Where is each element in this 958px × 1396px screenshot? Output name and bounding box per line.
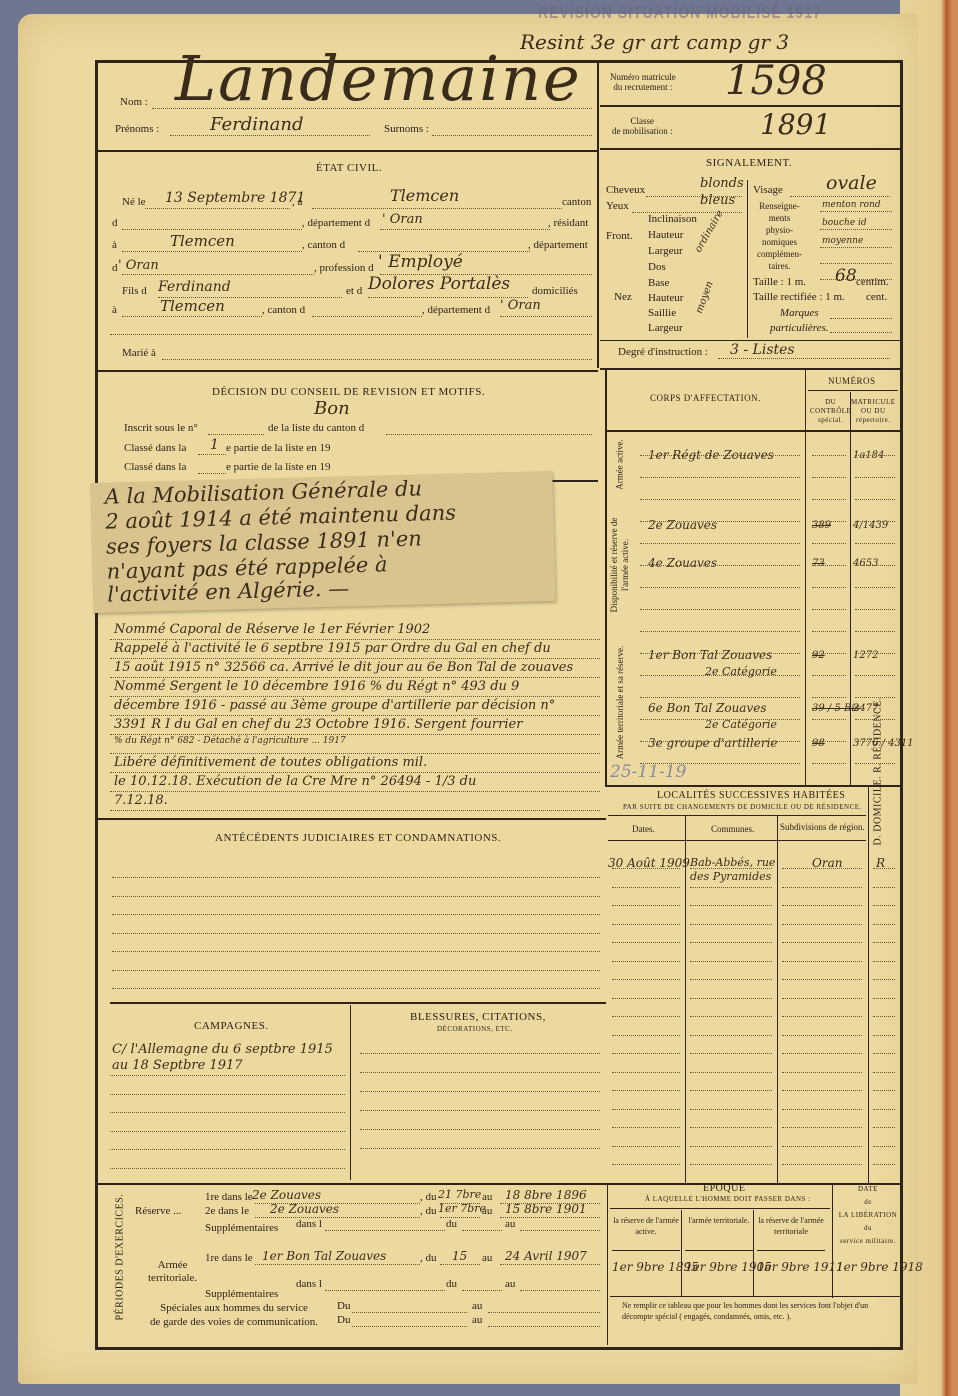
prenoms-value: Ferdinand [210, 114, 303, 135]
margin-date: 25-11-19 [610, 762, 686, 782]
campagnes-title: CAMPAGNES. [194, 1020, 269, 1032]
numeros-title: NUMÉROS [828, 376, 876, 386]
affectation-corps: 1er Bon Tal Zouaves [648, 648, 772, 662]
affectation-matricule: 1272 [853, 650, 878, 661]
affectation-corps: 6e Bon Tal Zouaves [648, 701, 767, 715]
cheveux-value: blonds [700, 176, 744, 191]
service-note-line: % du Régt n° 682 - Détaché à l'agricultu… [114, 736, 346, 746]
epoque-title: EPOQUE [703, 1183, 745, 1194]
affectation-matricule: 4653 [853, 558, 878, 569]
residence-departement: ' Oran [118, 258, 159, 273]
affectation-group-label: Disponibilité et réserve de l'armée acti… [609, 505, 631, 625]
reserve-au: 18 8bre 1896 [505, 1188, 587, 1202]
campagne-entry: C/ l'Allemagne du 6 septbre 1915 au 18 S… [112, 1042, 352, 1074]
epoque-footnote: Ne remplir ce tableau que pour les homme… [622, 1300, 892, 1322]
service-note-line: Libéré définitivement de toutes obligati… [114, 755, 427, 770]
marques-label: Marquesparticulières. [770, 306, 829, 336]
affectation-corps: 4e Zouaves [648, 556, 717, 570]
decision-motif: Bon [314, 398, 350, 419]
visage-value: ovale [826, 172, 877, 194]
parents-departement: ' Oran [500, 298, 541, 313]
service-note-line: Nommé Sergent le 10 décembre 1916 % du R… [114, 679, 519, 694]
service-note-line: 3391 R I du Gal en chef du 23 Octobre 19… [114, 717, 522, 732]
service-note-line: Rappelé à l'activité le 6 septbre 1915 p… [114, 641, 551, 656]
liberation-value: 1er 9bre 1918 [836, 1260, 923, 1274]
reserve-corps: 2e Zouaves [270, 1202, 339, 1216]
epoque-value: 1er 9bre 1911 [757, 1260, 844, 1274]
matricule-label: Numéro matriculedu recrutement : [610, 72, 676, 92]
affectation-controle: 73 [812, 558, 825, 569]
blessures-title: BLESSURES, CITATIONS, [410, 1011, 546, 1023]
service-note-line: décembre 1916 - passé au 3ème groupe d'a… [114, 698, 555, 713]
territoriale-corps: 1er Bon Tal Zouaves [262, 1249, 386, 1263]
reserve-au: 15 8bre 1901 [505, 1202, 587, 1216]
father-name: Ferdinand [158, 279, 231, 295]
pasted-note: A la Mobilisation Générale du 2 août 191… [90, 471, 555, 613]
antecedents-title: ANTÉCÉDENTS JUDICIAIRES ET CONDAMNATIONS… [215, 832, 501, 844]
etat-civil-title: ÉTAT CIVIL. [316, 162, 382, 174]
birth-place: Tlemcen [390, 186, 459, 205]
residence: Tlemcen [170, 232, 235, 250]
matricule-value: 1598 [725, 58, 827, 104]
localite-commune: Bab-Abbés, rue des Pyramides [690, 856, 780, 884]
affectation-controle: 92 [812, 650, 825, 661]
affectation-group-label: Armée territoriale et sa réserve. [615, 620, 626, 785]
surnoms-label: Surnoms : [384, 123, 429, 135]
surname-value: Landemaine [175, 42, 582, 115]
birth-date: 13 Septembre 1871 [165, 190, 305, 206]
affectation-group-label: Armée active. [615, 430, 626, 500]
territoriale-au: 24 Avril 1907 [505, 1249, 587, 1263]
reserve-du: 1er 7bre [438, 1202, 486, 1215]
classe-label: Classede mobilisation : [612, 116, 673, 136]
taille-value: 68 [835, 266, 857, 286]
parents-residence: Tlemcen [160, 297, 225, 315]
signalement-title: SIGNALEMENT. [706, 157, 792, 169]
reserve-corps: 2e Zouaves [252, 1188, 321, 1202]
profession: ' Employé [378, 252, 463, 272]
service-note-line: 15 août 1915 n° 32566 ca. Arrivé le dit … [114, 660, 573, 675]
nom-label: Nom : [120, 96, 148, 108]
affectation-title: CORPS D'AFFECTATION. [650, 393, 761, 403]
decision-title: DÉCISION DU CONSEIL DE REVISION ET MOTIF… [212, 386, 485, 398]
revision-stamp: REVISION SITUATION MOBILISÉ 1917 [538, 2, 822, 21]
localites-title: LOCALITÉS SUCCESSIVES HABITÉES [657, 790, 845, 801]
degre-value: 3 - Listes [730, 342, 795, 358]
affectation-corps: 3e groupe d'artillerie [648, 736, 778, 750]
prenoms-label: Prénoms : [115, 123, 159, 135]
periodes-label: PÉRIODES D'EXERCICES. [115, 1191, 126, 1321]
mother-name: Dolores Portalès [368, 274, 510, 294]
service-note-line: 7.12.18. [114, 793, 168, 808]
service-note-line: Nommé Caporal de Réserve le 1er Février … [114, 622, 430, 637]
service-note-line: le 10.12.18. Exécution de la Cre Mre n° … [114, 774, 476, 789]
birth-departement: ' Oran [382, 212, 423, 227]
territoriale-du: 15 [452, 1249, 467, 1263]
affectation-controle: 98 [812, 738, 825, 749]
classe-value: 1891 [760, 108, 831, 141]
reserve-du: 21 7bre [438, 1188, 481, 1201]
yeux-value: bleus [700, 193, 735, 208]
renseignements-label: Renseigne-mentsphysio-nomiquescomplémen-… [757, 200, 802, 272]
liberation-label: DATEdeLA LIBÉRATIONduservice militaire. [838, 1183, 898, 1248]
